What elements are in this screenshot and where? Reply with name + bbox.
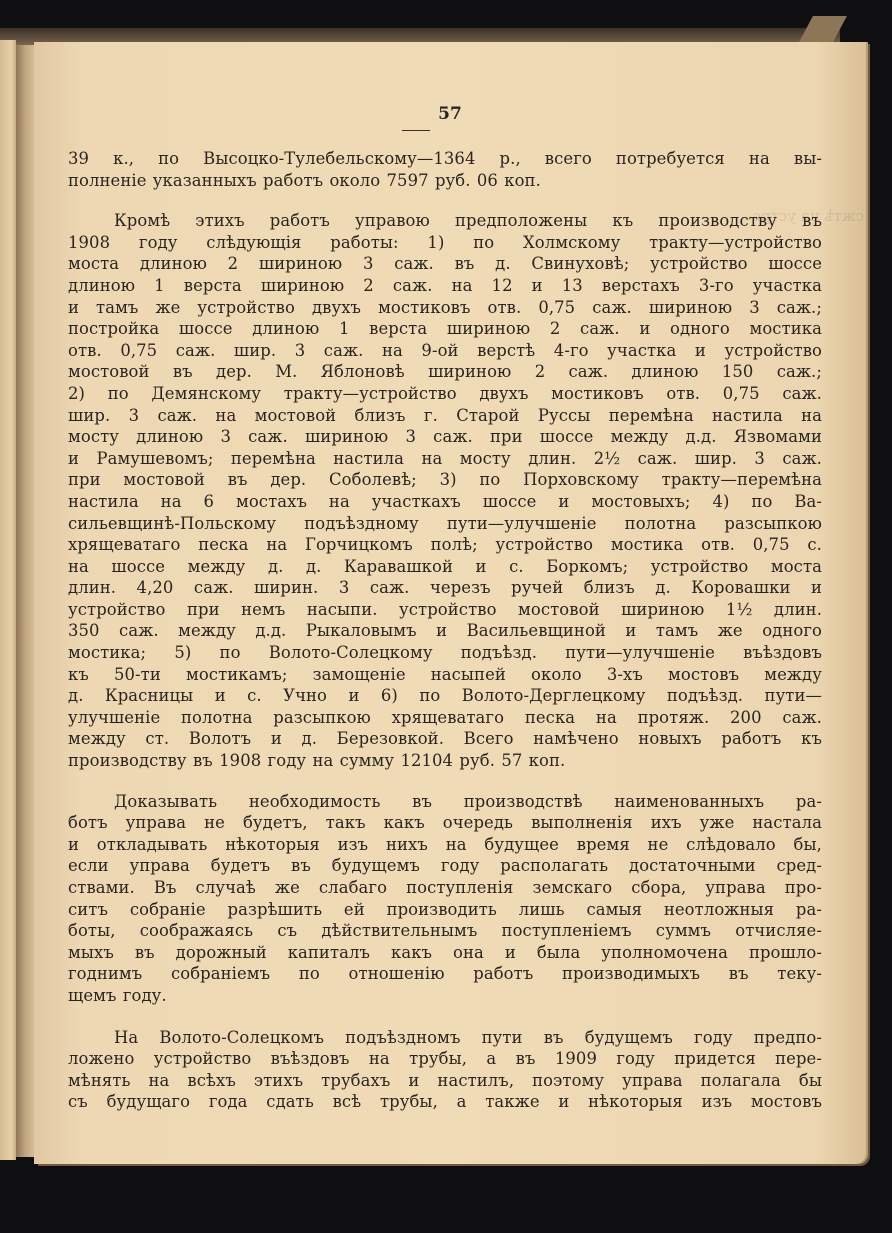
book-page: 57 сжтѣ на устройство 39 к., по Высоцко-…	[34, 42, 866, 1164]
paragraph-voloto-soletsky: На Волото-Солецкомъ подъѣздномъ пути въ …	[68, 1027, 822, 1113]
text-line: и Рамушевомъ; перемѣна настила на мосту …	[68, 448, 822, 470]
text-line: годнимъ собраніемъ по отношенію работъ п…	[68, 963, 822, 985]
book-gutter-shadow	[16, 45, 36, 1157]
text-line: между ст. Волотъ и д. Березовкой. Всего …	[68, 728, 822, 750]
text-line: 2) по Демянскому тракту—устройство двухъ…	[68, 383, 822, 405]
text-line: длиною 1 верста шириною 2 саж. на 12 и 1…	[68, 275, 822, 297]
text-line: на шоссе между д. д. Каравашкой и с. Бор…	[68, 556, 822, 578]
text-line: къ 50-ти мостикамъ; замощеніе насыпей ок…	[68, 664, 822, 686]
text-line: ботъ управа не будетъ, такъ какъ очередь…	[68, 812, 822, 834]
text-line: 350 саж. между д.д. Рыкаловымъ и Василье…	[68, 620, 822, 642]
text-line: мостика; 5) по Волото-Солецкому подъѣзд.…	[68, 642, 822, 664]
text-line: устройство при немъ насыпи. устройство м…	[68, 599, 822, 621]
text-line: ложено устройство въѣздовъ на трубы, а в…	[68, 1048, 822, 1070]
text-line: боты, соображаясь съ дѣйствительнымъ пос…	[68, 920, 822, 942]
text-line: при мостовой въ дер. Соболевѣ; 3) по Пор…	[68, 469, 822, 491]
text-line: съ будущаго года сдать всѣ трубы, а такж…	[68, 1091, 822, 1113]
text-line: На Волото-Солецкомъ подъѣздномъ пути въ …	[68, 1027, 822, 1049]
text-line: и тамъ же устройство двухъ мостиковъ отв…	[68, 297, 822, 319]
text-line: щемъ году.	[68, 985, 822, 1007]
text-line: мѣнять на всѣхъ этихъ трубахъ и настилъ,…	[68, 1070, 822, 1092]
text-line: производству въ 1908 году на сумму 12104…	[68, 750, 822, 772]
text-line: ствами. Въ случаѣ же слабаго поступленія…	[68, 877, 822, 899]
text-line: настила на 6 мостахъ на участкахъ шоссе …	[68, 491, 822, 513]
paragraph-continuation: 39 к., по Высоцко-Тулебельскому—1364 р.,…	[68, 148, 822, 191]
text-line: мыхъ въ дорожный капиталъ какъ она и был…	[68, 942, 822, 964]
text-line: сильевщинѣ-Польскому подъѣздному пути—ул…	[68, 513, 822, 535]
text-line: улучшеніе полотна разсыпкою хрящеватаго …	[68, 707, 822, 729]
text-line: если управа будетъ въ будущемъ году расп…	[68, 855, 822, 877]
page-number: 57	[34, 104, 866, 124]
text-line: д. Красницы и с. Учно и 6) по Волото-Дер…	[68, 685, 822, 707]
text-line: шир. 3 саж. на мостовой близъ г. Старой …	[68, 405, 822, 427]
page-number-underline	[402, 130, 430, 131]
text-line: моста длиною 2 шириною 3 саж. въ д. Свин…	[68, 253, 822, 275]
text-line: длин. 4,20 саж. ширин. 3 саж. черезъ руч…	[68, 577, 822, 599]
text-line: хрящеватаго песка на Горчицкомъ полѣ; ус…	[68, 534, 822, 556]
text-line: отв. 0,75 саж. шир. 3 саж. на 9-ой верст…	[68, 340, 822, 362]
text-line: и откладывать нѣкоторыя изъ нихъ на буду…	[68, 834, 822, 856]
text-line: полненіе указанныхъ работъ около 7597 ру…	[68, 170, 822, 192]
paragraph-planned-works-1908: Кромѣ этихъ работъ управою предположены …	[68, 210, 822, 771]
text-line: мосту длиною 3 саж. шириною 3 саж. при ш…	[68, 426, 822, 448]
text-line: Доказывать необходимость въ производствѣ…	[68, 791, 822, 813]
text-line: Кромѣ этихъ работъ управою предположены …	[68, 210, 822, 232]
text-line: мостовой въ дер. М. Яблоновѣ шириною 2 с…	[68, 361, 822, 383]
paragraph-justification: Доказывать необходимость въ производствѣ…	[68, 791, 822, 1007]
text-line: ситъ собраніе разрѣшить ей производить л…	[68, 899, 822, 921]
text-line: 39 к., по Высоцко-Тулебельскому—1364 р.,…	[68, 148, 822, 170]
page-body: 39 к., по Высоцко-Тулебельскому—1364 р.,…	[68, 148, 822, 1113]
previous-page-edge	[0, 40, 16, 1160]
text-line: постройка шоссе длиною 1 верста шириною …	[68, 318, 822, 340]
book-scan: 57 сжтѣ на устройство 39 к., по Высоцко-…	[0, 0, 892, 1233]
text-line: 1908 году слѣдующія работы: 1) по Холмск…	[68, 232, 822, 254]
